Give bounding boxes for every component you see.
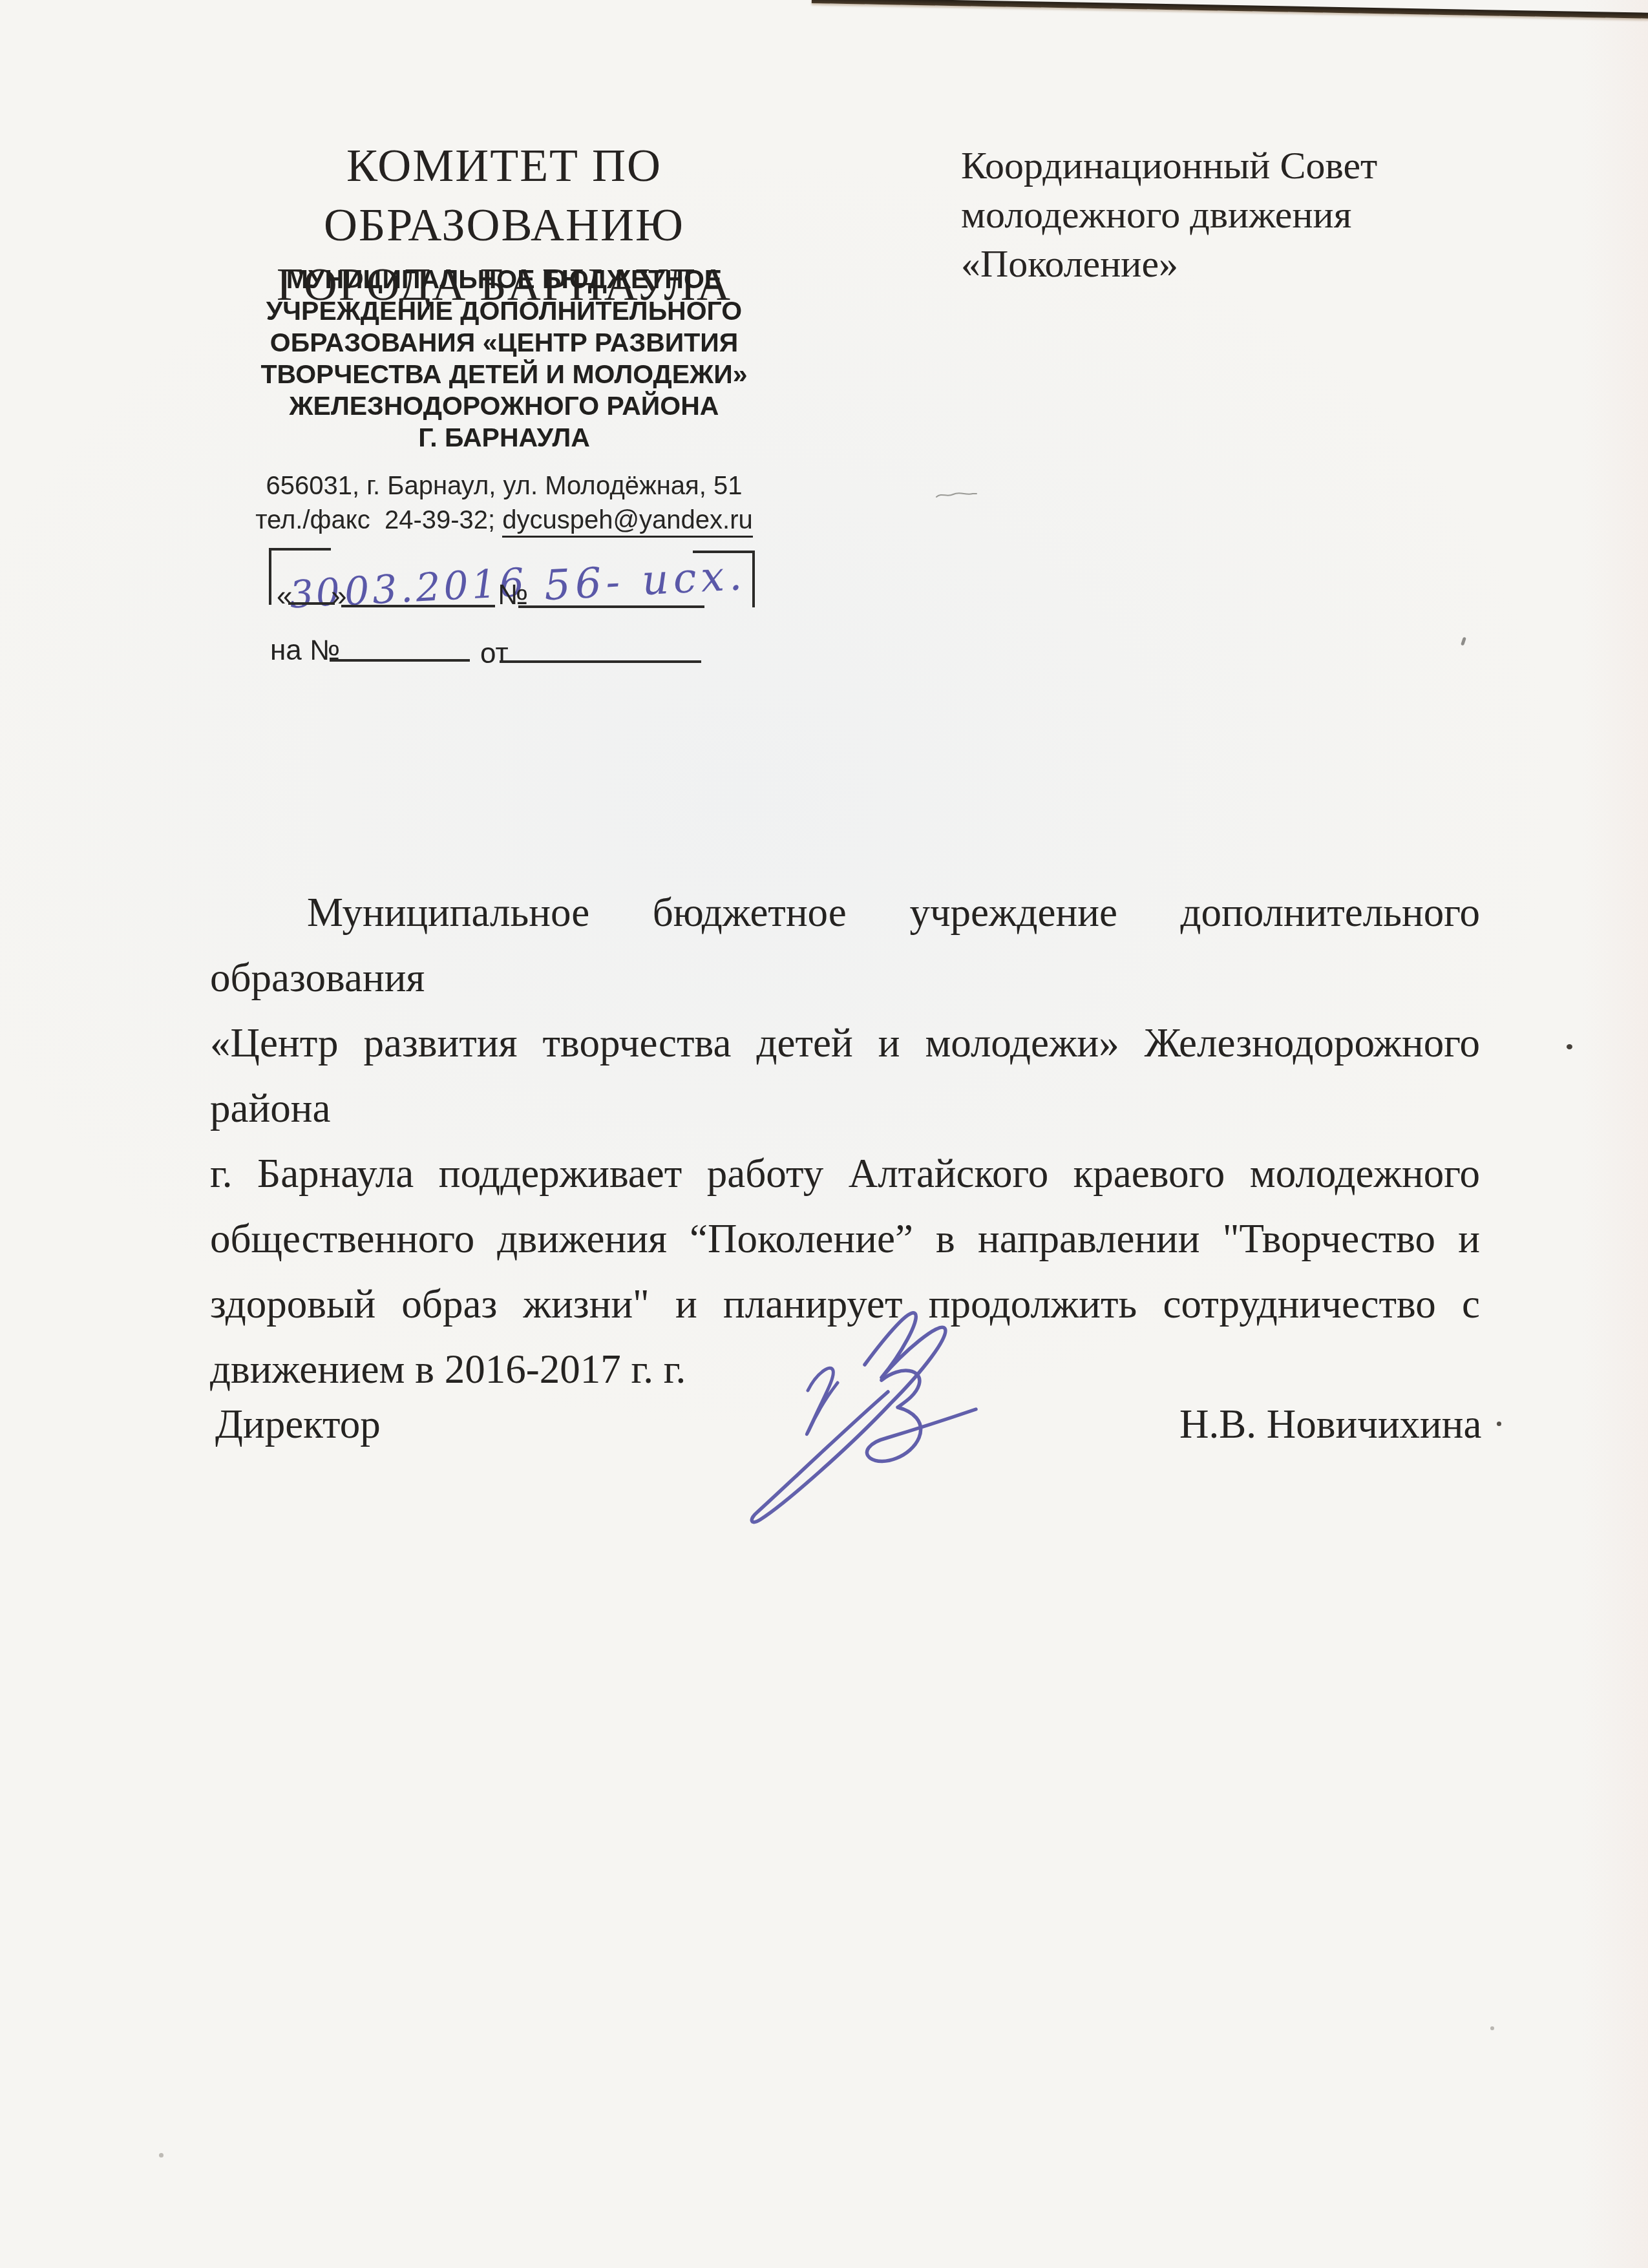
signee-name: Н.В. Новичихина [1179,1401,1483,1448]
field-underline-number [518,605,704,608]
signatory-position: Директор [215,1401,381,1448]
letterhead-address: 656031, г. Барнаул, ул. Молодёжная, 51 т… [213,469,795,538]
field-underline-reply-date [500,660,701,663]
body-line: Муниципальное бюджетное учреждение допол… [210,880,1480,1011]
field-underline-day [288,602,335,605]
scan-speck [1567,1044,1572,1049]
scan-edge-artifact [812,0,1648,20]
institution-line: УЧРЕЖДЕНИЕ ДОПОЛНИТЕЛЬНОГО [213,295,795,327]
pencil-squiggle-artifact [935,490,978,500]
institution-line: Г. БАРНАУЛА [213,422,795,454]
institution-line: ТВОРЧЕСТВА ДЕТЕЙ И МОЛОДЕЖИ» [213,359,795,390]
reply-label-ot: от [480,638,509,670]
body-line: общественного движения “Поколение” в нап… [210,1206,1480,1272]
scanned-letter-page: КОМИТЕТ ПО ОБРАЗОВАНИЮ ГОРОДА БАРНАУЛА М… [0,0,1648,2268]
phone-label: тел./факс 24-39-32; [255,506,502,534]
email-text: dycuspeh@yandex.ru [502,506,753,538]
addressee-line: Координационный Совет [961,141,1452,190]
addressee-block: Координационный Совет молодежного движен… [961,141,1452,288]
scan-speck [1490,2026,1494,2030]
body-line: г. Барнаула поддерживает работу Алтайско… [210,1141,1480,1206]
institution-line: МУНИЦИПАЛЬНОЕ БЮДЖЕТНОЕ [213,264,795,295]
ink-dot [1497,1422,1501,1426]
institution-line: ЖЕЛЕЗНОДОРОЖНОГО РАЙОНА [213,390,795,422]
phone-email-line: тел./факс 24-39-32; dycuspeh@yandex.ru [213,503,795,538]
institution-name-block: МУНИЦИПАЛЬНОЕ БЮДЖЕТНОЕ УЧРЕЖДЕНИЕ ДОПОЛ… [213,264,795,454]
institution-line: ОБРАЗОВАНИЯ «ЦЕНТР РАЗВИТИЯ [213,327,795,359]
address-line: 656031, г. Барнаул, ул. Молодёжная, 51 [213,469,795,503]
addressee-line: молодежного движения [961,190,1452,239]
committee-line-1: КОМИТЕТ ПО ОБРАЗОВАНИЮ [181,136,827,255]
reply-label-na: на № [270,635,340,667]
handwritten-signature [698,1292,982,1525]
scan-speck [1461,637,1466,646]
body-line: «Центр развития творчества детей и молод… [210,1011,1480,1141]
field-underline-reply-number [330,659,470,662]
reference-block: « 30 » 03.2016 № 56- исх. на № от [259,543,776,685]
field-underline-date [341,605,495,607]
scan-speck [159,2153,164,2158]
addressee-line: «Поколение» [961,239,1452,288]
